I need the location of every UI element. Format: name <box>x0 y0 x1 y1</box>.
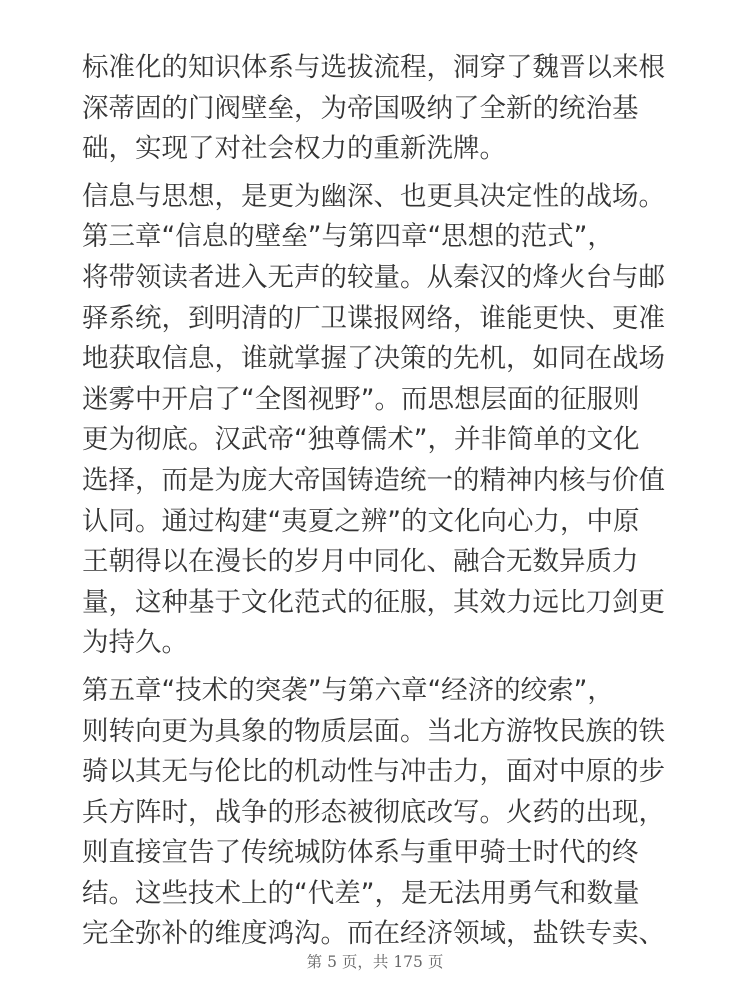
text-line: 更为彻底。汉武帝“独尊儒术”，并非简单的文化 <box>82 420 682 461</box>
paragraph-2: 信息与思想，是更为幽深、也更具决定性的战场。 第三章“信息的壁垒”与第四章“思想… <box>82 177 682 664</box>
text-line: 驿系统，到明清的厂卫谍报网络，谁能更快、更准 <box>82 299 682 340</box>
text-line: 骑以其无与伦比的机动性与冲击力，面对中原的步 <box>82 752 682 793</box>
text-line: 深蒂固的门阀壁垒，为帝国吸纳了全新的统治基 <box>82 89 682 130</box>
text-line: 王朝得以在漫长的岁月中同化、融合无数异质力 <box>82 542 682 583</box>
text-line: 量，这种基于文化范式的征服，其效力远比刀剑更 <box>82 583 682 624</box>
text-line: 则直接宣告了传统城防体系与重甲骑士时代的终 <box>82 833 682 874</box>
text-line: 将带领读者进入无声的较量。从秦汉的烽火台与邮 <box>82 258 682 299</box>
document-page: 标准化的知识体系与选拔流程，洞穿了魏晋以来根 深蒂固的门阀壁垒，为帝国吸纳了全新… <box>82 48 682 962</box>
text-line: 则转向更为具象的物质层面。当北方游牧民族的铁 <box>82 712 682 753</box>
text-line: 兵方阵时，战争的形态被彻底改写。火药的出现， <box>82 793 682 834</box>
text-line: 第三章“信息的壁垒”与第四章“思想的范式”， <box>82 217 682 258</box>
text-line: 第五章“技术的突袭”与第六章“经济的绞索”， <box>82 671 682 712</box>
text-line: 为持久。 <box>82 623 682 664</box>
paragraph-1: 标准化的知识体系与选拔流程，洞穿了魏晋以来根 深蒂固的门阀壁垒，为帝国吸纳了全新… <box>82 48 682 170</box>
text-line: 标准化的知识体系与选拔流程，洞穿了魏晋以来根 <box>82 48 682 89</box>
text-line: 迷雾中开启了“全图视野”。而思想层面的征服则 <box>82 380 682 421</box>
page-indicator: 第 5 页，共 175 页 <box>0 951 750 973</box>
text-line: 信息与思想，是更为幽深、也更具决定性的战场。 <box>82 177 682 218</box>
text-line: 地获取信息，谁就掌握了决策的先机，如同在战场 <box>82 339 682 380</box>
text-line: 完全弥补的维度鸿沟。而在经济领域，盐铁专卖、 <box>82 914 682 955</box>
text-line: 结。这些技术上的“代差”，是无法用勇气和数量 <box>82 874 682 915</box>
text-line: 选择，而是为庞大帝国铸造统一的精神内核与价值 <box>82 461 682 502</box>
text-line: 础，实现了对社会权力的重新洗牌。 <box>82 129 682 170</box>
paragraph-3: 第五章“技术的突袭”与第六章“经济的绞索”， 则转向更为具象的物质层面。当北方游… <box>82 671 682 955</box>
text-line: 认同。通过构建“夷夏之辨”的文化向心力，中原 <box>82 502 682 543</box>
